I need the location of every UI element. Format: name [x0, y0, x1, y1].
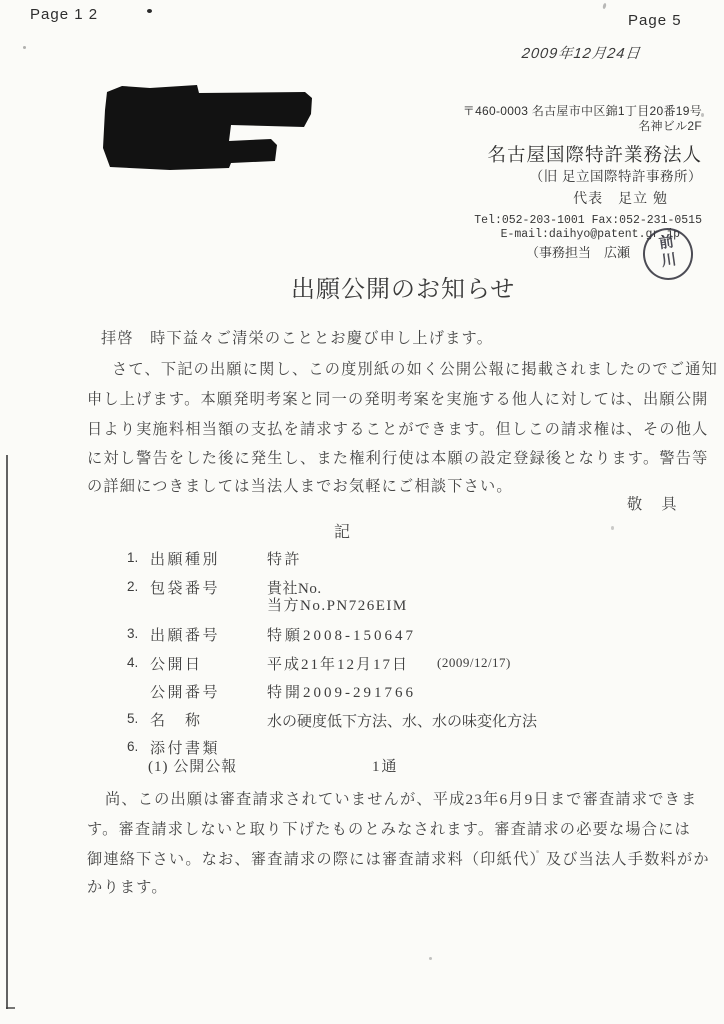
scan-edge-line-foot — [6, 1007, 15, 1009]
body-line: に対し警告をした後に発生し、また権利行使は本願の設定登録後となります。警告等 — [87, 447, 709, 468]
scanned-letter-page: { "colors": { "paper": "#fbfbf8", "ink":… — [0, 0, 724, 1024]
item-sublabel: 公開番号 — [150, 681, 220, 702]
item-number: 1. — [127, 550, 138, 565]
item-value-line2: 当方No.PN726EIM — [267, 594, 408, 615]
item-number: 3. — [127, 626, 138, 641]
body-line: 日より実施料相当額の支払を請求することができます。但しこの請求権は、その他人 — [87, 418, 709, 439]
item-value: 特願2008-150647 — [267, 624, 416, 645]
body-line: の詳細につきましては当法人までお気軽にご相談下さい。 — [87, 475, 513, 496]
sender-tel-fax: Tel:052-203-1001 Fax:052-231-0515 — [402, 214, 702, 228]
sender-address: 〒460-0003 名古屋市中区錦1丁目20番19号 — [402, 104, 702, 119]
footer-line: す。審査請求しないと取り下げたものとみなされます。審査請求の必要な場合には — [87, 818, 691, 839]
footer-line: 尚、この出願は審査請求されていませんが、平成23年6月9日まで審査請求できま — [87, 788, 697, 809]
item-number: 2. — [127, 579, 138, 594]
sender-building: 名神ビル2F — [402, 119, 702, 134]
scan-speck — [23, 46, 26, 49]
item-value: 水の硬度低下方法、水、水の味変化方法 — [267, 710, 537, 731]
sender-representative: 代表 足立 勉 — [402, 190, 702, 208]
sender-org-name: 名古屋国際特許業務法人 — [402, 143, 702, 166]
item-value: 特許 — [267, 548, 302, 569]
letter-date: 2009年12月24日 — [521, 42, 642, 63]
body-line: 申し上げます。本願発明考案と同一の発明考案を実施する他人に対しては、出願公開 — [87, 388, 709, 409]
hanko-stamp-icon: 前 川 — [640, 225, 697, 283]
page-label-right: Page 5 — [628, 12, 682, 29]
item-label: 名 称 — [150, 709, 203, 730]
scan-speck — [701, 113, 704, 117]
redaction-mark — [98, 82, 320, 178]
scan-speck — [147, 9, 152, 13]
item-label: 公開日 — [150, 653, 203, 674]
item-value: 平成21年12月17日 — [267, 653, 409, 674]
footer-line: かります。 — [87, 876, 168, 897]
sender-former-name: （旧 足立国際特許事務所） — [402, 169, 702, 186]
scan-edge-line — [6, 455, 8, 1009]
scan-speck — [602, 3, 606, 10]
footer-line: 御連絡下さい。なお、審査請求の際には審査請求料（印紙代）及び当法人手数料がか — [87, 848, 710, 869]
item-label: 出願番号 — [150, 624, 220, 645]
item-number: 5. — [127, 711, 138, 726]
item-number: 6. — [127, 739, 138, 754]
item-subvalue: 特開2009-291766 — [267, 681, 416, 702]
item-value-note: (2009/12/17) — [437, 655, 511, 671]
record-marker: 記 — [334, 519, 351, 542]
item-label: 包袋番号 — [150, 577, 220, 598]
scan-speck — [429, 957, 432, 960]
item-label: 出願種別 — [150, 548, 220, 569]
attachment-line: (1) 公開公報 — [148, 755, 237, 776]
scan-speck — [611, 526, 614, 530]
attachment-count: 1通 — [372, 755, 399, 776]
scan-speck — [536, 850, 539, 853]
letter-title: 出願公開のお知らせ — [291, 269, 515, 304]
body-line: さて、下記の出願に関し、この度別紙の如く公開公報に掲載されましたのでご通知 — [87, 358, 718, 379]
greeting-line: 拝啓 時下益々ご清栄のこととお慶び申し上げます。 — [101, 327, 493, 348]
closing-word: 敬 具 — [627, 493, 679, 514]
item-number: 4. — [127, 655, 138, 670]
page-label-left: Page 1 2 — [30, 6, 98, 23]
